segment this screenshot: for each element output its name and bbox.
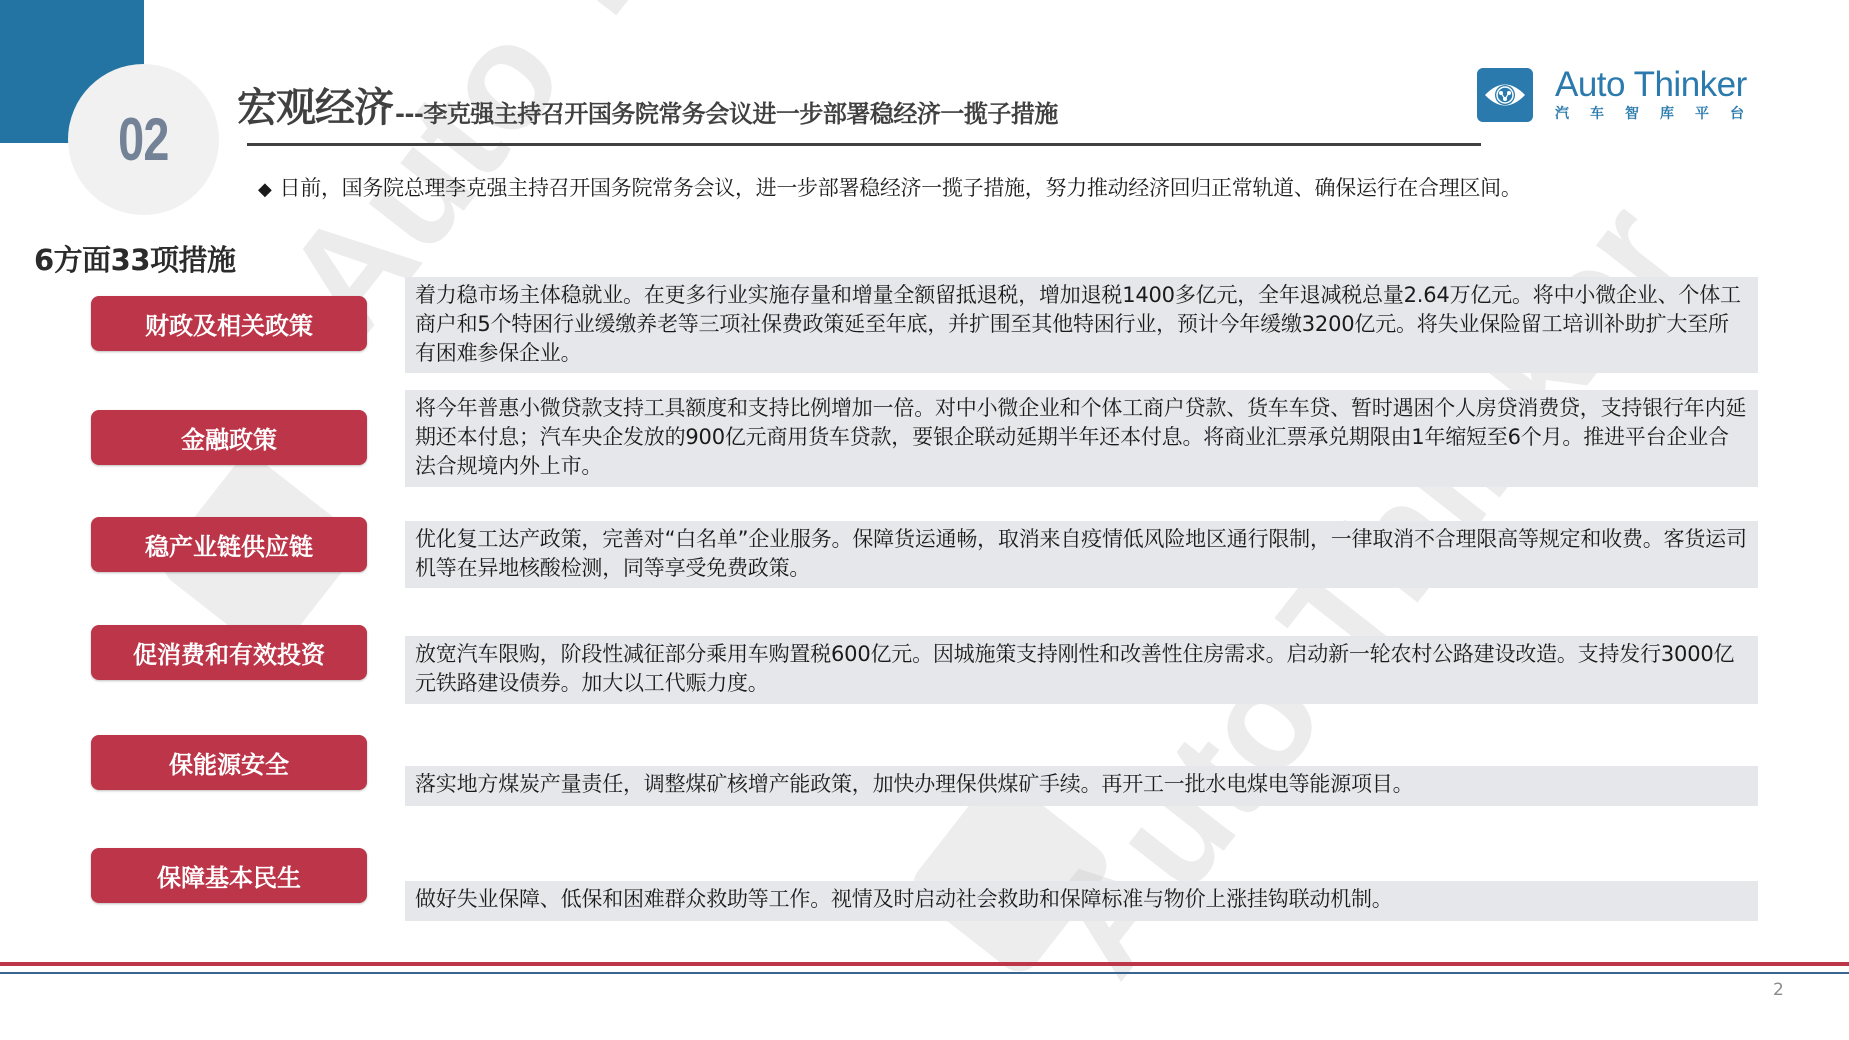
page-title-sub: ---李克强主持召开国务院常务会议进一步部署稳经济一揽子措施 — [395, 96, 1058, 132]
measure-description: 着力稳市场主体稳就业。在更多行业实施存量和增量全额留抵退税，增加退税1400多亿… — [405, 277, 1758, 373]
category-consumption-investment[interactable]: 促消费和有效投资 — [91, 625, 367, 680]
measure-description: 优化复工达产政策，完善对“白名单”企业服务。保障货运通畅，取消来自疫情低风险地区… — [405, 521, 1758, 588]
intro-text: 日前，国务院总理李克强主持召开国务院常务会议，进一步部署稳经济一揽子措施，努力推… — [280, 176, 1522, 200]
measure-description: 将今年普惠小微贷款支持工具额度和支持比例增加一倍。对中小微企业和个体工商户贷款、… — [405, 390, 1758, 487]
diamond-bullet-icon: ◆ — [258, 179, 272, 200]
category-financial-policy[interactable]: 金融政策 — [91, 410, 367, 465]
eye-icon — [1477, 68, 1533, 122]
measure-description: 放宽汽车限购，阶段性减征部分乘用车购置税600亿元。因城施策支持刚性和改善性住房… — [405, 636, 1758, 704]
brand-name-cn: 汽车智库平台 — [1555, 105, 1765, 123]
brand-logo: Auto Thinker 汽车智库平台 — [1477, 67, 1765, 123]
section-heading: 6方面33项措施 — [34, 238, 236, 279]
intro-line: ◆日前，国务院总理李克强主持召开国务院常务会议，进一步部署稳经济一揽子措施，努力… — [258, 172, 1522, 202]
category-basic-livelihood[interactable]: 保障基本民生 — [91, 848, 367, 903]
measure-description: 落实地方煤炭产量责任，调整煤矿核增产能政策，加快办理保供煤矿手续。再开工一批水电… — [405, 766, 1758, 806]
brand-name-en: Auto Thinker — [1555, 67, 1765, 103]
title-underline — [247, 143, 1481, 146]
section-number: 02 — [118, 105, 169, 174]
page-number: 2 — [1773, 980, 1784, 1000]
page-title-main: 宏观经济 — [237, 84, 393, 132]
category-supply-chain[interactable]: 稳产业链供应链 — [91, 517, 367, 572]
footer-divider-red — [0, 962, 1849, 966]
measure-description: 做好失业保障、低保和困难群众救助等工作。视情及时启动社会救助和保障标准与物价上涨… — [405, 881, 1758, 921]
section-number-badge: 02 — [68, 64, 219, 215]
footer-divider-blue — [0, 972, 1849, 974]
page-title: 宏观经济 ---李克强主持召开国务院常务会议进一步部署稳经济一揽子措施 — [237, 84, 1058, 132]
category-fiscal-policy[interactable]: 财政及相关政策 — [91, 296, 367, 351]
category-energy-security[interactable]: 保能源安全 — [91, 735, 367, 790]
